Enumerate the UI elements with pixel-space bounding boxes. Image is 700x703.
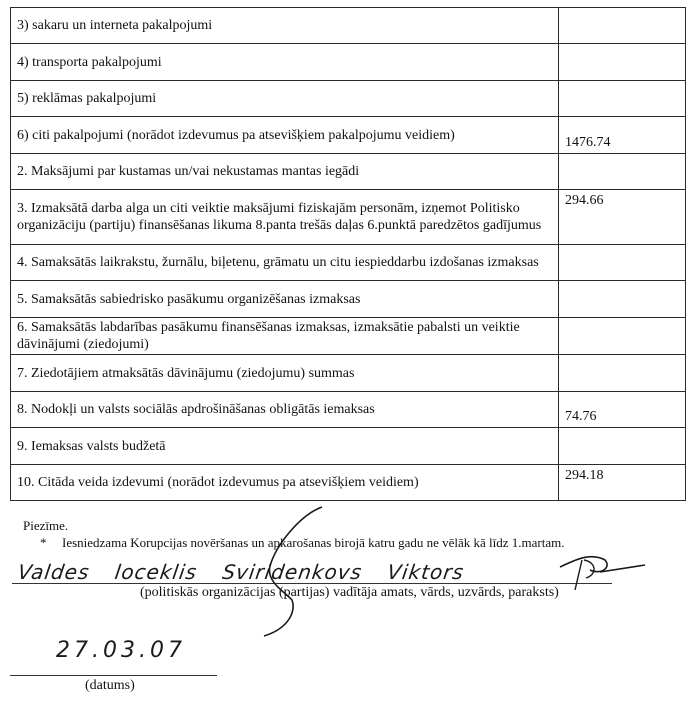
table-row: 2. Maksājumi par kustamas un/vai nekusta…	[11, 154, 686, 190]
row-label: 6. Samaksātās labdarības pasākumu finans…	[11, 318, 559, 355]
row-label: 4. Samaksātās laikrakstu, žurnālu, biļet…	[11, 245, 559, 281]
row-label: 6) citi pakalpojumi (norādot izdevumus p…	[11, 117, 559, 154]
row-value	[559, 428, 686, 465]
table-row: 4. Samaksātās laikrakstu, žurnālu, biļet…	[11, 245, 686, 281]
note-body: Iesniedzama Korupcijas novēršanas un apk…	[62, 535, 564, 550]
row-label: 8. Nodokļi un valsts sociālās apdrošināš…	[11, 392, 559, 428]
row-value: 1476.74	[559, 117, 686, 154]
expenses-table: 3) sakaru un interneta pakalpojumi 4) tr…	[10, 7, 686, 501]
row-value: 294.66	[559, 190, 686, 245]
table-row: 5) reklāmas pakalpojumi	[11, 81, 686, 117]
row-label: 5) reklāmas pakalpojumi	[11, 81, 559, 117]
table-row: 6. Samaksātās labdarības pasākumu finans…	[11, 318, 686, 355]
row-label: 9. Iemaksas valsts budžetā	[11, 428, 559, 465]
table-row: 10. Citāda veida izdevumi (norādot izdev…	[11, 465, 686, 501]
row-label: 4) transporta pakalpojumi	[11, 44, 559, 81]
row-value	[559, 355, 686, 392]
signature-caption: (politiskās organizācijas (partijas) vad…	[140, 585, 559, 601]
table-row: 3. Izmaksātā darba alga un citi veiktie …	[11, 190, 686, 245]
date-caption: (datums)	[85, 678, 135, 694]
row-label: 7. Ziedotājiem atmaksātās dāvinājumu (zi…	[11, 355, 559, 392]
table-row: 9. Iemaksas valsts budžetā	[11, 428, 686, 465]
row-value	[559, 281, 686, 318]
row-value: 294.18	[559, 465, 686, 501]
note-marker: *	[40, 535, 62, 551]
row-value	[559, 44, 686, 81]
row-value	[559, 318, 686, 355]
handwritten-signature-text: Valdes loceklis Sviridenkovs Viktors	[16, 560, 465, 584]
row-label: 5. Samaksātās sabiedrisko pasākumu organ…	[11, 281, 559, 318]
row-value	[559, 8, 686, 44]
table-row: 8. Nodokļi un valsts sociālās apdrošināš…	[11, 392, 686, 428]
note-label: Piezīme.	[23, 518, 68, 534]
row-label: 3. Izmaksātā darba alga un citi veiktie …	[11, 190, 559, 245]
table-row: 5. Samaksātās sabiedrisko pasākumu organ…	[11, 281, 686, 318]
row-value: 74.76	[559, 392, 686, 428]
table-row: 4) transporta pakalpojumi	[11, 44, 686, 81]
row-label: 2. Maksājumi par kustamas un/vai nekusta…	[11, 154, 559, 190]
row-value	[559, 154, 686, 190]
signature-line	[12, 583, 612, 584]
date-line	[10, 675, 217, 676]
handwritten-date: 27.03.07	[56, 638, 186, 663]
row-label: 3) sakaru un interneta pakalpojumi	[11, 8, 559, 44]
table-row: 6) citi pakalpojumi (norādot izdevumus p…	[11, 117, 686, 154]
table-row: 7. Ziedotājiem atmaksātās dāvinājumu (zi…	[11, 355, 686, 392]
note-text: *Iesniedzama Korupcijas novēršanas un ap…	[40, 535, 564, 551]
row-label: 10. Citāda veida izdevumi (norādot izdev…	[11, 465, 559, 501]
row-value	[559, 245, 686, 281]
table-row: 3) sakaru un interneta pakalpojumi	[11, 8, 686, 44]
row-value	[559, 81, 686, 117]
